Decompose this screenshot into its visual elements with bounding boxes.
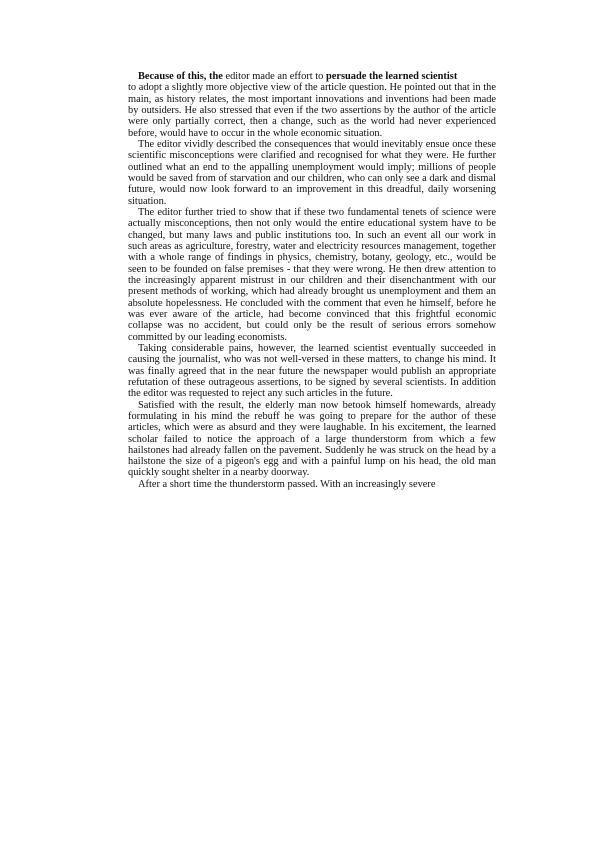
paragraph-5: Satisfied with the result, the elderly m… [128,400,496,479]
paragraph-6: After a short time the thunderstorm pass… [128,479,496,490]
paragraph-4: Taking considerable pains, however, the … [128,343,496,400]
bold-phrase-because: Because of this, the [138,71,223,82]
paragraph-1-body: to adopt a slightly more objective view … [128,82,496,138]
document-page: Because of this, the editor made an effo… [128,71,496,490]
paragraph-2: The editor vividly described the consequ… [128,139,496,207]
normal-phrase-editor: editor made an effort to [223,71,326,82]
paragraph-3: The editor further tried to show that if… [128,207,496,343]
bold-phrase-persuade: persuade the learned scientist [326,71,457,82]
paragraph-1: Because of this, the editor made an effo… [128,71,496,139]
